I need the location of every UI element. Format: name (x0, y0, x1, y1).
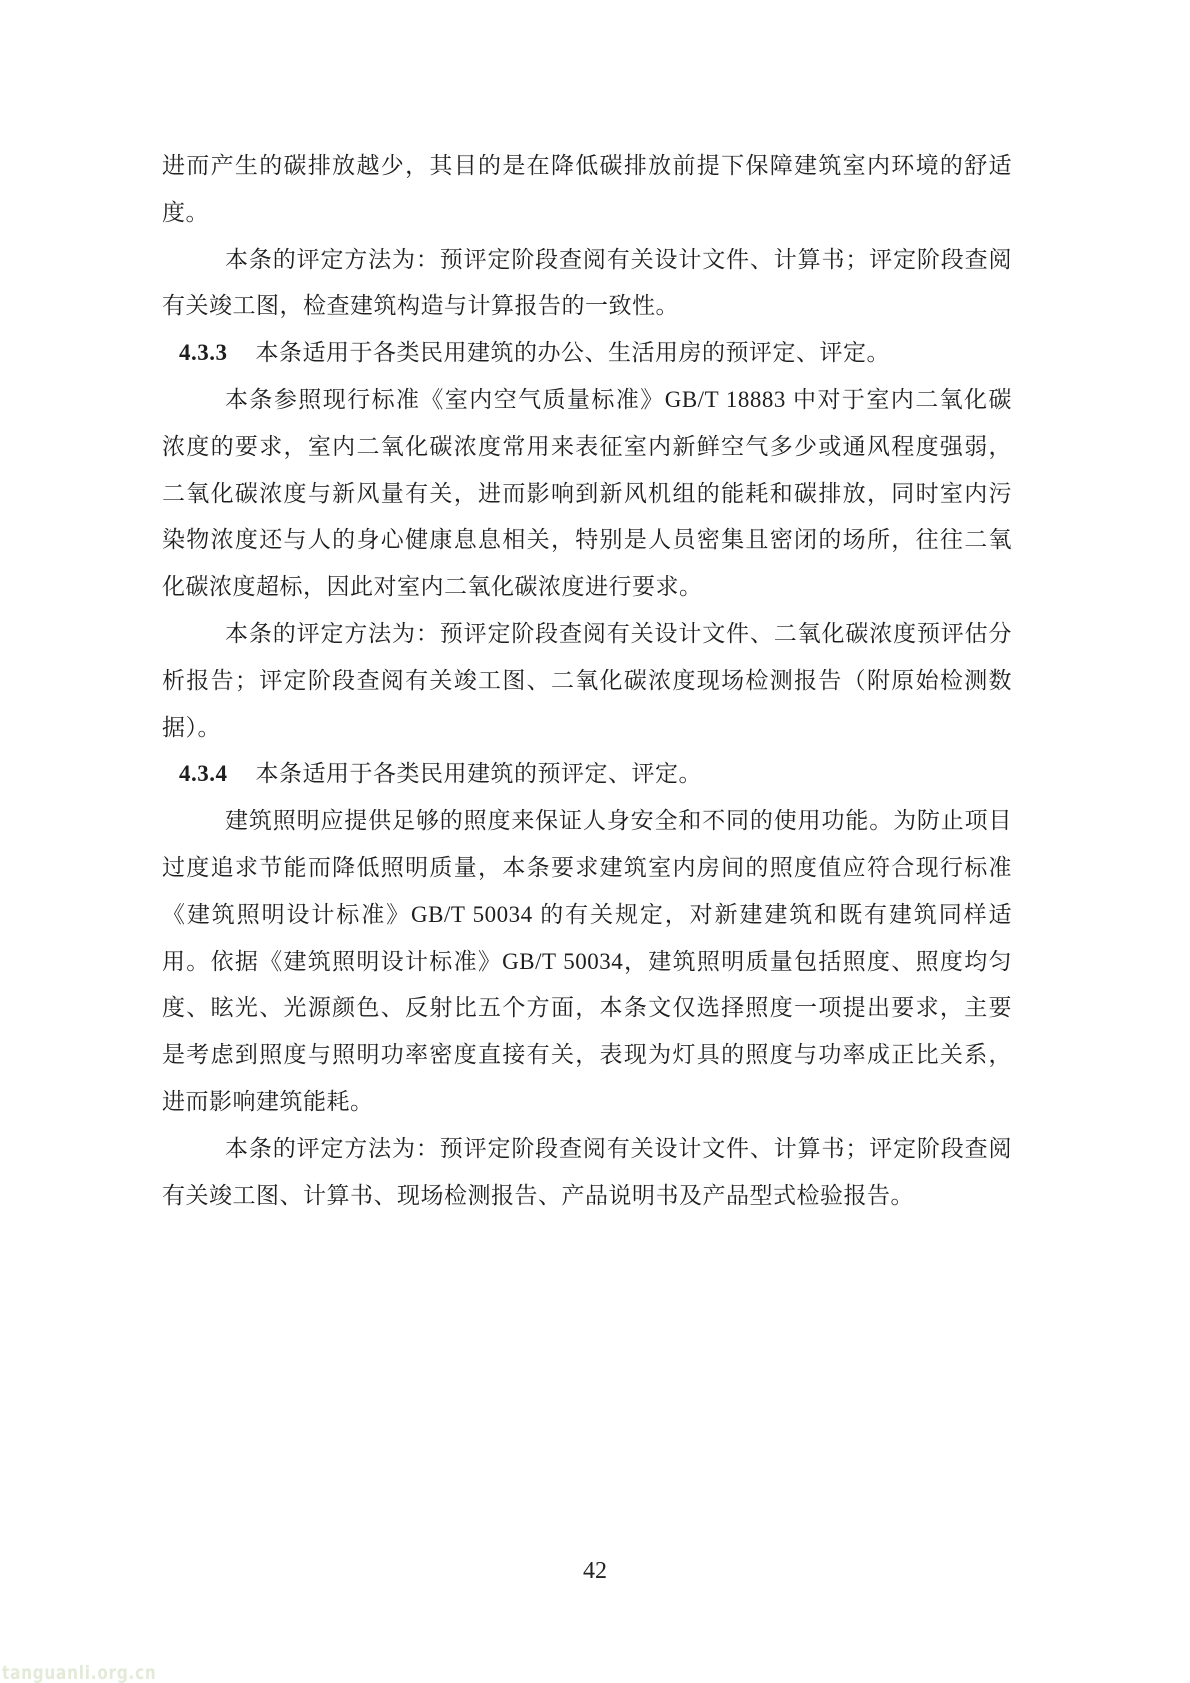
text-line: 据）。 (162, 705, 1012, 752)
text-line: 本条的评定方法为：预评定阶段查阅有关设计文件、计算书；评定阶段查阅 (162, 237, 1012, 284)
text-line: 有关竣工图、计算书、现场检测报告、产品说明书及产品型式检验报告。 (162, 1173, 1012, 1220)
text-line: 过度追求节能而降低照明质量，本条要求建筑室内房间的照度值应符合现行标准 (162, 845, 1012, 892)
document-body: 进而产生的碳排放越少，其目的是在降低碳排放前提下保障建筑室内环境的舒适度。本条的… (162, 143, 1012, 1219)
section-number: 4.3.4 (179, 761, 228, 786)
text-line: 浓度的要求，室内二氧化碳浓度常用来表征室内新鲜空气多少或通风程度强弱， (162, 424, 1012, 471)
text-line: 染物浓度还与人的身心健康息息相关，特别是人员密集且密闭的场所，往往二氧 (162, 517, 1012, 564)
text-line: 有关竣工图，检查建筑构造与计算报告的一致性。 (162, 283, 1012, 330)
document-page: 进而产生的碳排放越少，其目的是在降低碳排放前提下保障建筑室内环境的舒适度。本条的… (0, 0, 1190, 1683)
text-line: 建筑照明应提供足够的照度来保证人身安全和不同的使用功能。为防止项目 (162, 798, 1012, 845)
text-line: 本条的评定方法为：预评定阶段查阅有关设计文件、二氧化碳浓度预评估分 (162, 611, 1012, 658)
section-number: 4.3.3 (179, 340, 228, 365)
text-line: 是考虑到照度与照明功率密度直接有关，表现为灯具的照度与功率成正比关系， (162, 1032, 1012, 1079)
text-line: 本条的评定方法为：预评定阶段查阅有关设计文件、计算书；评定阶段查阅 (162, 1126, 1012, 1173)
text-line: 二氧化碳浓度与新风量有关，进而影响到新风机组的能耗和碳排放，同时室内污 (162, 471, 1012, 518)
text-line: 度、眩光、光源颜色、反射比五个方面，本条文仅选择照度一项提出要求，主要 (162, 985, 1012, 1032)
text-line: 进而影响建筑能耗。 (162, 1079, 1012, 1126)
text-line: 《建筑照明设计标准》GB/T 50034 的有关规定，对新建建筑和既有建筑同样适 (162, 892, 1012, 939)
watermark-text: tanguanli.org.cn (2, 1662, 157, 1683)
text-line: 析报告；评定阶段查阅有关竣工图、二氧化碳浓度现场检测报告（附原始检测数 (162, 658, 1012, 705)
text-line: 进而产生的碳排放越少，其目的是在降低碳排放前提下保障建筑室内环境的舒适 (162, 143, 1012, 190)
text-line: 4.3.3本条适用于各类民用建筑的办公、生活用房的预评定、评定。 (162, 330, 1012, 377)
text-line: 化碳浓度超标，因此对室内二氧化碳浓度进行要求。 (162, 564, 1012, 611)
text-line: 用。依据《建筑照明设计标准》GB/T 50034，建筑照明质量包括照度、照度均匀 (162, 939, 1012, 986)
text-line: 4.3.4本条适用于各类民用建筑的预评定、评定。 (162, 751, 1012, 798)
text-line: 度。 (162, 190, 1012, 237)
page-number: 42 (0, 1558, 1190, 1585)
text-line: 本条参照现行标准《室内空气质量标准》GB/T 18883 中对于室内二氧化碳 (162, 377, 1012, 424)
